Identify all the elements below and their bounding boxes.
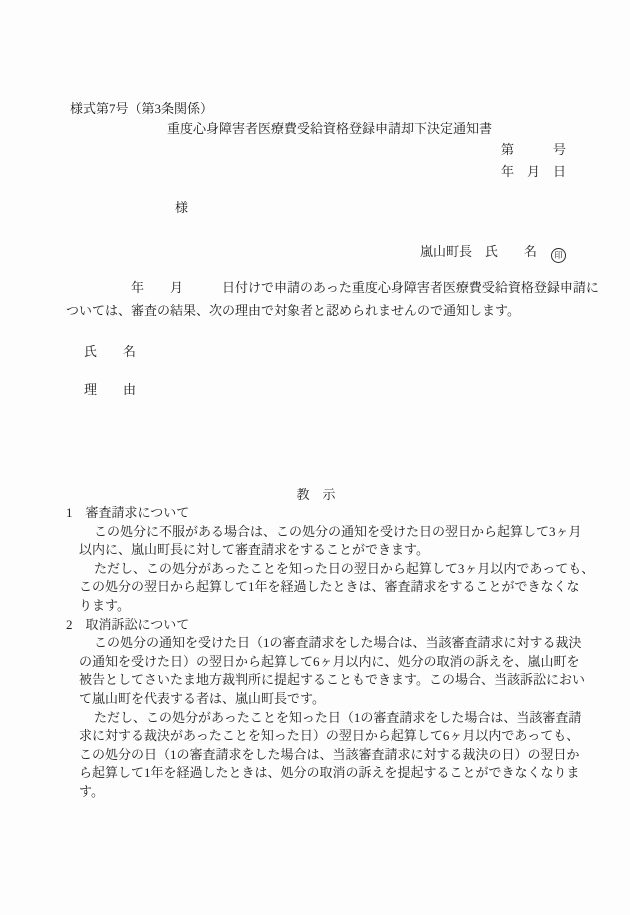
instruction-section-heading: 1 審査請求について — [66, 504, 566, 523]
issuer-name: 嵐山町長 氏 名 — [420, 244, 537, 259]
instruction-line: て嵐山町を代表する者は、嵐山町長です。 — [66, 690, 566, 709]
instruction-section: 教 示 1 審査請求について この処分に不服がある場合は、この処分の通知を受けた… — [66, 485, 566, 802]
instruction-line: す。 — [66, 783, 566, 802]
instruction-line: ります。 — [66, 597, 566, 616]
date-blank: 年 月 日 — [66, 162, 566, 181]
notice-body-line: 年 月 日付けで申請のあった重度心身障害者医療費受給資格登録申請に — [66, 276, 570, 299]
seal-mark: 印 — [551, 248, 566, 263]
document-page: 様式第7号（第3条関係） 重度心身障害者医療費受給資格登録申請却下決定通知書 第… — [0, 0, 630, 915]
instruction-line: ら起算して1年を経過したときは、処分の取消の訴えを提起することができなくなりま — [66, 764, 566, 783]
instruction-line: ただし、この処分があったことを知った日の翌日から起算して3ヶ月以内であっても、 — [66, 560, 566, 579]
document-title: 重度心身障害者医療費受給資格登録申請却下決定通知書 — [167, 119, 492, 138]
form-number: 様式第7号（第3条関係） — [70, 99, 213, 118]
issuer-line: 嵐山町長 氏 名 印 — [66, 242, 566, 263]
document-number-blank: 第 号 — [66, 140, 566, 159]
instruction-line: この処分に不服がある場合は、この処分の通知を受けた日の翌日から起算して3ヶ月 — [66, 523, 566, 542]
instruction-line: この処分の日（1の審査請求をした場合は、当該審査請求に対する裁決の日）の翌日か — [66, 746, 566, 765]
instruction-line: ただし、この処分があったことを知った日（1の審査請求をした場合は、当該審査請 — [66, 709, 566, 728]
name-field-label: 氏 名 — [84, 342, 136, 361]
notice-body-line: ついては、審査の結果、次の理由で対象者と認められませんので通知します。 — [66, 299, 570, 322]
instruction-line: 求に対する裁決があったことを知った日）の翌日から起算して6ヶ月以内であっても、 — [66, 727, 566, 746]
instruction-line: この処分の翌日から起算して1年を経過したときは、審査請求をすることができなくな — [66, 578, 566, 597]
instruction-lines: 1 審査請求について この処分に不服がある場合は、この処分の通知を受けた日の翌日… — [66, 504, 566, 802]
instruction-line: 被告としてさいたま地方裁判所に提起することもできます。この場合、当該訴訟におい — [66, 671, 566, 690]
instruction-heading: 教 示 — [66, 485, 566, 504]
instruction-section-heading: 2 取消訴訟について — [66, 616, 566, 635]
reason-field-label: 理 由 — [84, 380, 136, 399]
instruction-line: この処分の通知を受けた日（1の審査請求をした場合は、当該審査請求に対する裁決 — [66, 634, 566, 653]
instruction-line: の通知を受けた日）の翌日から起算して6ヶ月以内に、処分の取消の訴えを、嵐山町を — [66, 653, 566, 672]
notice-body: 年 月 日付けで申請のあった重度心身障害者医療費受給資格登録申請に ついては、審… — [66, 276, 570, 322]
addressee-honorific: 様 — [175, 198, 188, 217]
instruction-line: 以内に、嵐山町長に対して審査請求をすることができます。 — [66, 541, 566, 560]
